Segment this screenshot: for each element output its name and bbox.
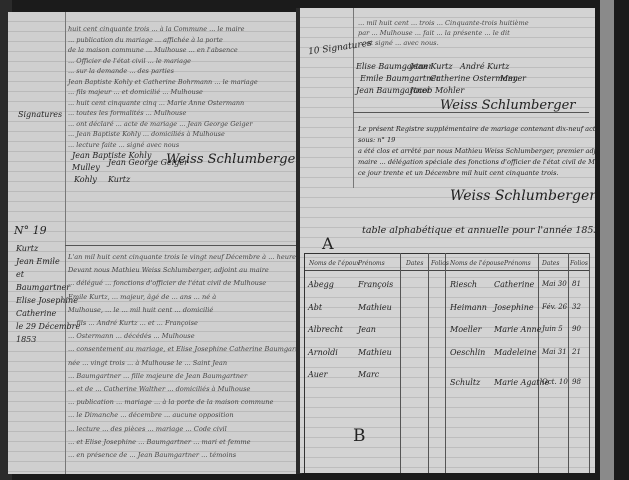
text-line: ... fils majeur ... et domicilié ... Mul…: [68, 87, 203, 97]
husband-surname-cell: Albrecht: [308, 325, 343, 334]
header-folio: Folios: [431, 260, 449, 267]
text-line: Kurtz: [16, 244, 38, 254]
wife-surname-cell: Riesch: [450, 280, 477, 289]
signature: Meyer: [500, 74, 526, 83]
husband-first-cell: Mathieu: [358, 303, 392, 312]
table-col-rule: [589, 253, 590, 473]
date-cell: Oct. 10: [542, 378, 568, 386]
text-line: ... et de ... Catherine Walther ... domi…: [68, 384, 250, 394]
husband-first-cell: Marc: [358, 370, 379, 379]
text-line: ... lecture ... des pièces ... mariage .…: [68, 424, 227, 434]
header-husband-name: Noms de l'époux: [309, 260, 360, 267]
text-line: née ... vingt trois ... à Mulhouse le ..…: [68, 358, 227, 368]
date-cell: Mai 30: [542, 280, 567, 288]
wife-surname-cell: Heimann: [450, 303, 487, 312]
text-line: de la maison commune ... Mulhouse ... en…: [68, 45, 238, 55]
section-letter-b: B: [353, 426, 366, 446]
folio-cell: 81: [572, 280, 581, 288]
wife-surname-cell: Schultz: [450, 378, 480, 387]
page-edge: [600, 0, 614, 480]
index-title: table alphabétique et annuelle pour l'an…: [362, 225, 595, 236]
text-line: huit cent cinquante trois ... à la Commu…: [68, 24, 245, 34]
signature: Emile Baumgartner: [360, 74, 440, 83]
husband-first-cell: François: [358, 280, 393, 289]
text-line: Devant nous Mathieu Weiss Schlumberger, …: [68, 265, 269, 275]
text-line: ce jour trente et un Décembre mil huit c…: [358, 168, 559, 178]
date-cell: Juin 5: [542, 325, 563, 333]
text-line: L'an mil huit cent cinquante trois le vi…: [68, 252, 298, 262]
signature: Kohly: [74, 175, 97, 184]
text-line: ... délégué ... fonctions d'officier de …: [68, 278, 266, 288]
text-line: 1853: [16, 335, 36, 345]
folio-cell: 21: [572, 348, 581, 356]
wife-surname-cell: Oeschlin: [450, 348, 485, 357]
text-line: sous: n° 19: [358, 135, 395, 145]
table-col-rule: [400, 253, 401, 473]
text-line: ... Baumgartner ... fille majeure de Jea…: [68, 371, 247, 381]
text-line: ... consentement au mariage, et Elise Jo…: [68, 344, 298, 354]
header-date: Dates: [406, 260, 423, 267]
table-header-rule: [304, 270, 589, 271]
table-col-rule: [304, 253, 305, 473]
header-date-2: Dates: [542, 260, 559, 267]
text-line: Jean Emile: [16, 257, 60, 267]
margin-rule: [353, 8, 354, 188]
signature: Weiss Schlumberger: [440, 98, 576, 113]
table-top-rule: [304, 253, 589, 254]
husband-surname-cell: Arnoldi: [308, 348, 338, 357]
husband-surname-cell: Abt: [308, 303, 322, 312]
table-col-rule: [445, 253, 446, 473]
text-line: ... Jean Baptiste Kohly ... domiciliés à…: [68, 129, 225, 139]
folio-cell: 98: [572, 378, 581, 386]
margin-note-signatures: Signatures: [18, 110, 62, 120]
husband-surname-cell: Abegg: [308, 280, 334, 289]
text-line: Mulhouse, ... le ... mil huit cent ... d…: [68, 305, 213, 315]
section-divider: [353, 112, 589, 113]
text-line: et: [16, 270, 24, 280]
text-line: ... huit cent cinquante cinq ... Marie A…: [68, 98, 244, 108]
husband-first-cell: Mathieu: [358, 348, 392, 357]
left-page: Signatures huit cent cinquante trois ...…: [8, 12, 298, 474]
header-husband-first: Prénoms: [358, 260, 385, 267]
text-line: ... ont déclaré ... acte de mariage ... …: [68, 119, 252, 129]
wife-first-cell: Josephine: [494, 303, 534, 312]
header-wife-name: Noms de l'épouse: [450, 260, 504, 267]
signature: Jean Kurtz: [410, 62, 453, 71]
text-line: ... et signé ... avec nous.: [358, 38, 439, 48]
text-line: ... et Elise Josephine ... Baumgartner .…: [68, 437, 251, 447]
text-line: ... Ostermann ... décédés ... Mulhouse: [68, 331, 195, 341]
entry-number: N° 19: [14, 224, 47, 237]
text-line: ... Officier de l'état civil ... le mari…: [68, 56, 191, 66]
text-line: ... lecture faite ... signé avec nous: [68, 140, 179, 150]
signature: Kurtz: [108, 175, 130, 184]
text-line: Jean Baptiste Kohly et Catherine Bohrman…: [68, 77, 258, 87]
folio-cell: 32: [572, 303, 581, 311]
signature: Jacob Mohler: [410, 86, 464, 95]
table-col-rule: [428, 253, 429, 473]
text-line: maire ... délégation spéciale des foncti…: [358, 157, 595, 167]
husband-first-cell: Jean: [358, 325, 376, 334]
husband-surname-cell: Auer: [308, 370, 328, 379]
text-line: ... en présence de ... Jean Baumgartner …: [68, 450, 236, 460]
text-line: ... publication du mariage ... affichée …: [68, 35, 223, 45]
signature: Mulley: [72, 163, 100, 172]
text-line: ... sur la demande ... des parties: [68, 66, 174, 76]
table-col-rule: [568, 253, 569, 473]
text-line: ... mil huit cent ... trois ... Cinquant…: [358, 18, 529, 28]
folio-cell: 90: [572, 325, 581, 333]
text-line: ... le Dimanche ... décembre ... aucune …: [68, 410, 234, 420]
right-page: 10 Signatures ... mil huit cent ... troi…: [300, 8, 595, 473]
margin-rule: [65, 12, 66, 474]
entry-divider: [65, 245, 298, 246]
closing-signature: Weiss Schlumberger: [450, 188, 595, 204]
text-line: a été clos et arrêté par nous Mathieu We…: [358, 146, 595, 156]
text-line: Le présent Registre supplémentaire de ma…: [358, 124, 595, 134]
text-line: ... fils ... André Kurtz ... et ... Fran…: [68, 318, 198, 328]
wife-first-cell: Madeleine: [494, 348, 537, 357]
wife-first-cell: Catherine: [494, 280, 534, 289]
section-letter-a: A: [322, 234, 334, 253]
text-line: par ... Mulhouse ... fait ... la présent…: [358, 28, 510, 38]
scan-border: [614, 0, 629, 480]
date-cell: Mai 31: [542, 348, 567, 356]
text-line: ... toutes les formalités ... Mulhouse: [68, 108, 186, 118]
header-folio-2: Folios: [570, 260, 588, 267]
table-col-rule: [538, 253, 539, 473]
wife-first-cell: Marie Anne: [494, 325, 541, 334]
text-line: Baumgartner: [16, 283, 70, 293]
wife-surname-cell: Moeller: [450, 325, 481, 334]
signature: André Kurtz: [460, 62, 509, 71]
signature: Weiss Schlumberger: [166, 152, 298, 167]
header-wife-first: Prénoms: [504, 260, 531, 267]
text-line: ... publication ... mariage ... à la por…: [68, 397, 273, 407]
text-line: Emile Kurtz, ... majeur, âgé de ... ans …: [68, 292, 216, 302]
date-cell: Fév. 26: [542, 303, 567, 311]
text-line: Catherine: [16, 309, 56, 319]
